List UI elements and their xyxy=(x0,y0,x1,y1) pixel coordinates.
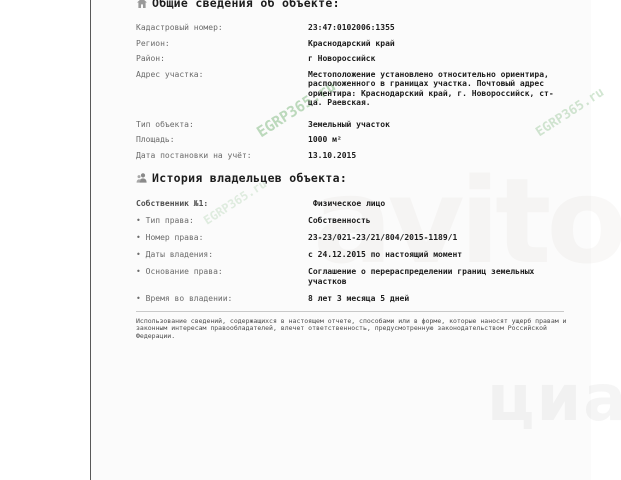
field-value: 1000 м² xyxy=(308,135,566,145)
field-value: Физическое лицо xyxy=(308,199,568,209)
field-label: Площадь: xyxy=(136,135,308,145)
field-value: Собственность xyxy=(308,216,566,226)
field-value: 23:47:0102006:1355 xyxy=(308,23,566,33)
field-label: Дата постановки на учёт: xyxy=(136,151,308,161)
owner-header-row: Собственник №1: Физическое лицо xyxy=(136,199,568,209)
section-owners-title: История владельцев объекта: xyxy=(152,172,347,185)
field-value: с 24.12.2015 по настоящий момент xyxy=(308,250,566,260)
field-row: Дата постановки на учёт: 13.10.2015 xyxy=(136,151,568,161)
section-divider xyxy=(136,311,564,312)
document-page: EGRP365.ru EGRP365.ru EGRP365.ru аvito ц… xyxy=(90,0,591,480)
field-value: 23-23/021-23/21/804/2015-1189/1 xyxy=(308,233,566,243)
field-row: • Основание права: Соглашение о перерасп… xyxy=(136,267,568,286)
field-label: • Даты владения: xyxy=(136,250,308,260)
house-icon xyxy=(136,0,148,9)
field-label: Кадастровый номер: xyxy=(136,23,308,33)
field-value: 8 лет 3 месяца 5 дней xyxy=(308,294,566,304)
field-row: • Время во владении: 8 лет 3 месяца 5 дн… xyxy=(136,294,568,304)
field-row: Адрес участка: Местоположение установлен… xyxy=(136,70,568,108)
field-label: • Номер права: xyxy=(136,233,308,243)
section-general-title: Общие сведения об объекте: xyxy=(152,0,340,10)
field-row: Тип объекта: Земельный участок xyxy=(136,120,568,130)
field-row: • Номер права: 23-23/021-23/21/804/2015-… xyxy=(136,233,568,243)
section-general-header: Общие сведения об объекте: xyxy=(136,0,568,10)
field-label: • Основание права: xyxy=(136,267,308,286)
field-row: • Даты владения: с 24.12.2015 по настоящ… xyxy=(136,250,568,260)
section-owners-header: История владельцев объекта: xyxy=(136,172,568,185)
field-label: Тип объекта: xyxy=(136,120,308,130)
owners-icon xyxy=(136,172,148,184)
field-value: Местоположение установлено относительно … xyxy=(308,70,566,108)
field-row: • Тип права: Собственность xyxy=(136,216,568,226)
field-row: Регион: Краснодарский край xyxy=(136,39,568,49)
field-label: Район: xyxy=(136,54,308,64)
cian-watermark: циан xyxy=(487,362,621,436)
field-label: Собственник №1: xyxy=(136,199,308,209)
footer-disclaimer: Использование сведений, содержащихся в н… xyxy=(136,318,568,341)
field-row: Район: г Новороссийск xyxy=(136,54,568,64)
field-label: Регион: xyxy=(136,39,308,49)
field-label: • Время во владении: xyxy=(136,294,308,304)
field-value: Краснодарский край xyxy=(308,39,566,49)
report-body: Общие сведения об объекте: Кадастровый н… xyxy=(136,0,568,340)
field-value: 13.10.2015 xyxy=(308,151,566,161)
field-label: Адрес участка: xyxy=(136,70,308,108)
field-value: Земельный участок xyxy=(308,120,566,130)
field-value: Соглашение о перераспределении границ зе… xyxy=(308,267,566,286)
field-label: • Тип права: xyxy=(136,216,308,226)
field-row: Площадь: 1000 м² xyxy=(136,135,568,145)
field-value: г Новороссийск xyxy=(308,54,566,64)
field-row: Кадастровый номер: 23:47:0102006:1355 xyxy=(136,23,568,33)
